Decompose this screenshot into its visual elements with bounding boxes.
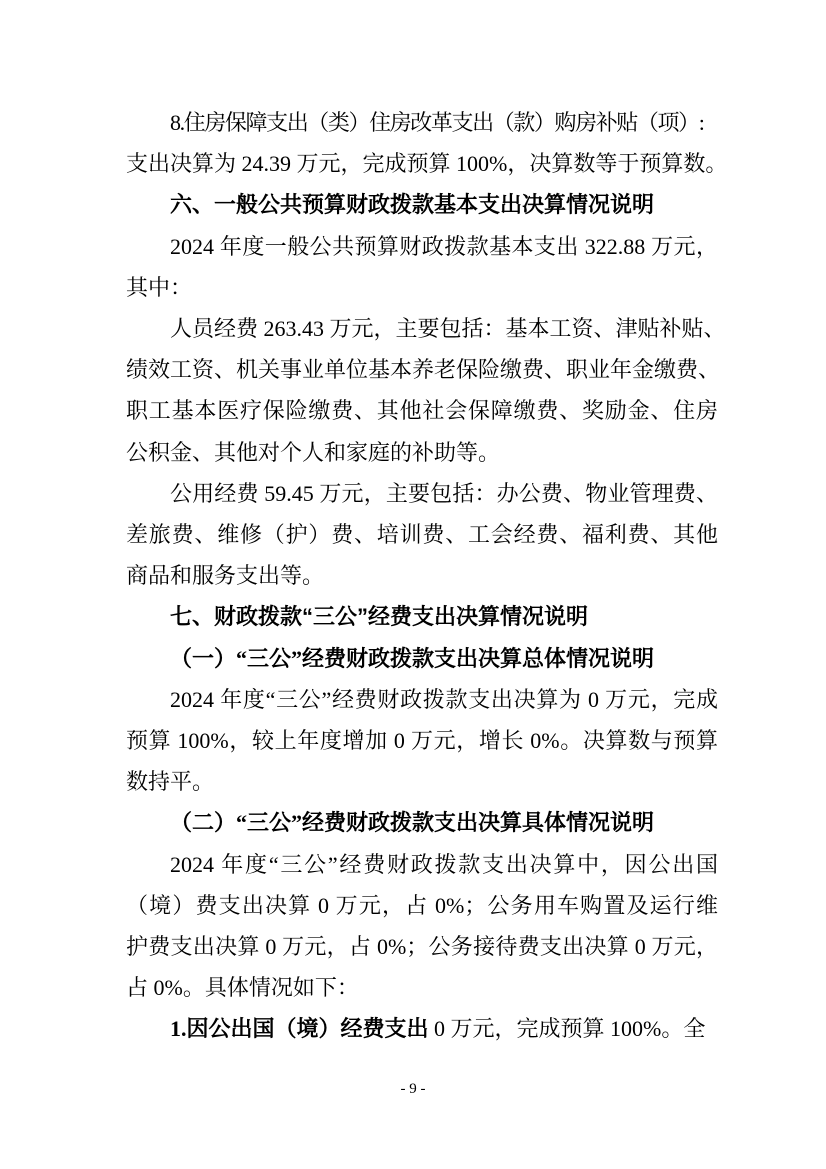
body-line-three-public-detail: 护费支出决算 0 万元，占 0%；公务接待费支出决算 0 万元， (126, 926, 718, 967)
body-line-item8-housing: 支出决算为 24.39 万元，完成预算 100%，决算数等于预算数。 (126, 143, 718, 184)
body-line-personnel-funds: 绩效工资、机关事业单位基本养老保险缴费、职业年金缴费、 (126, 349, 718, 390)
page-number: - 9 - (0, 1078, 826, 1100)
body-line-three-public-detail: （境）费支出决算 0 万元，占 0%；公务用车购置及运行维 (126, 885, 718, 926)
body-line-personnel-funds: 人员经费 263.43 万元，主要包括：基本工资、津贴补贴、 (126, 308, 718, 349)
section-heading-six: 六、一般公共预算财政拨款基本支出决算情况说明 (126, 184, 718, 225)
bold-lead-overseas-travel: 1.因公出国（境）经费支出 (170, 1016, 429, 1041)
body-line-personnel-funds: 职工基本医疗保险缴费、其他社会保障缴费、奖励金、住房 (126, 390, 718, 431)
body-line-overseas-travel: 1.因公出国（境）经费支出 0 万元，完成预算 100%。全 (126, 1008, 718, 1049)
body-line-three-public-detail: 2024 年度“三公”经费财政拨款支出决算中，因公出国 (126, 844, 718, 885)
body-line-three-public-overall: 2024 年度“三公”经费财政拨款支出决算为 0 万元，完成 (126, 679, 718, 720)
body-line-basic-expenditure: 2024 年度一般公共预算财政拨款基本支出 322.88 万元， (126, 226, 718, 267)
body-line-personnel-funds: 公积金、其他对个人和家庭的补助等。 (126, 432, 718, 473)
body-line-public-funds: 公用经费 59.45 万元，主要包括：办公费、物业管理费、 (126, 473, 718, 514)
section-heading-seven: 七、财政拨款“三公”经费支出决算情况说明 (126, 596, 718, 637)
body-line-basic-expenditure: 其中： (126, 267, 718, 308)
subsection-heading-one: （一）“三公”经费财政拨款支出决算总体情况说明 (126, 638, 718, 679)
subsection-heading-two: （二）“三公”经费财政拨款支出决算具体情况说明 (126, 802, 718, 843)
body-line-three-public-detail: 占 0%。具体情况如下： (126, 967, 718, 1008)
document-page: 8.住房保障支出（类）住房改革支出（款）购房补贴（项）: 支出决算为 24.39… (0, 0, 826, 1169)
body-line-item8-housing: 8.住房保障支出（类）住房改革支出（款）购房补贴（项）: (126, 102, 718, 143)
body-line-public-funds: 商品和服务支出等。 (126, 555, 718, 596)
body-line-three-public-overall: 预算 100%，较上年度增加 0 万元，增长 0%。决算数与预算 (126, 720, 718, 761)
body-line-three-public-overall: 数持平。 (126, 761, 718, 802)
body-line-public-funds: 差旅费、维修（护）费、培训费、工会经费、福利费、其他 (126, 514, 718, 555)
body-line-overseas-travel-rest: 0 万元，完成预算 100%。全 (429, 1016, 706, 1041)
document-body: 8.住房保障支出（类）住房改革支出（款）购房补贴（项）: 支出决算为 24.39… (126, 102, 718, 1050)
